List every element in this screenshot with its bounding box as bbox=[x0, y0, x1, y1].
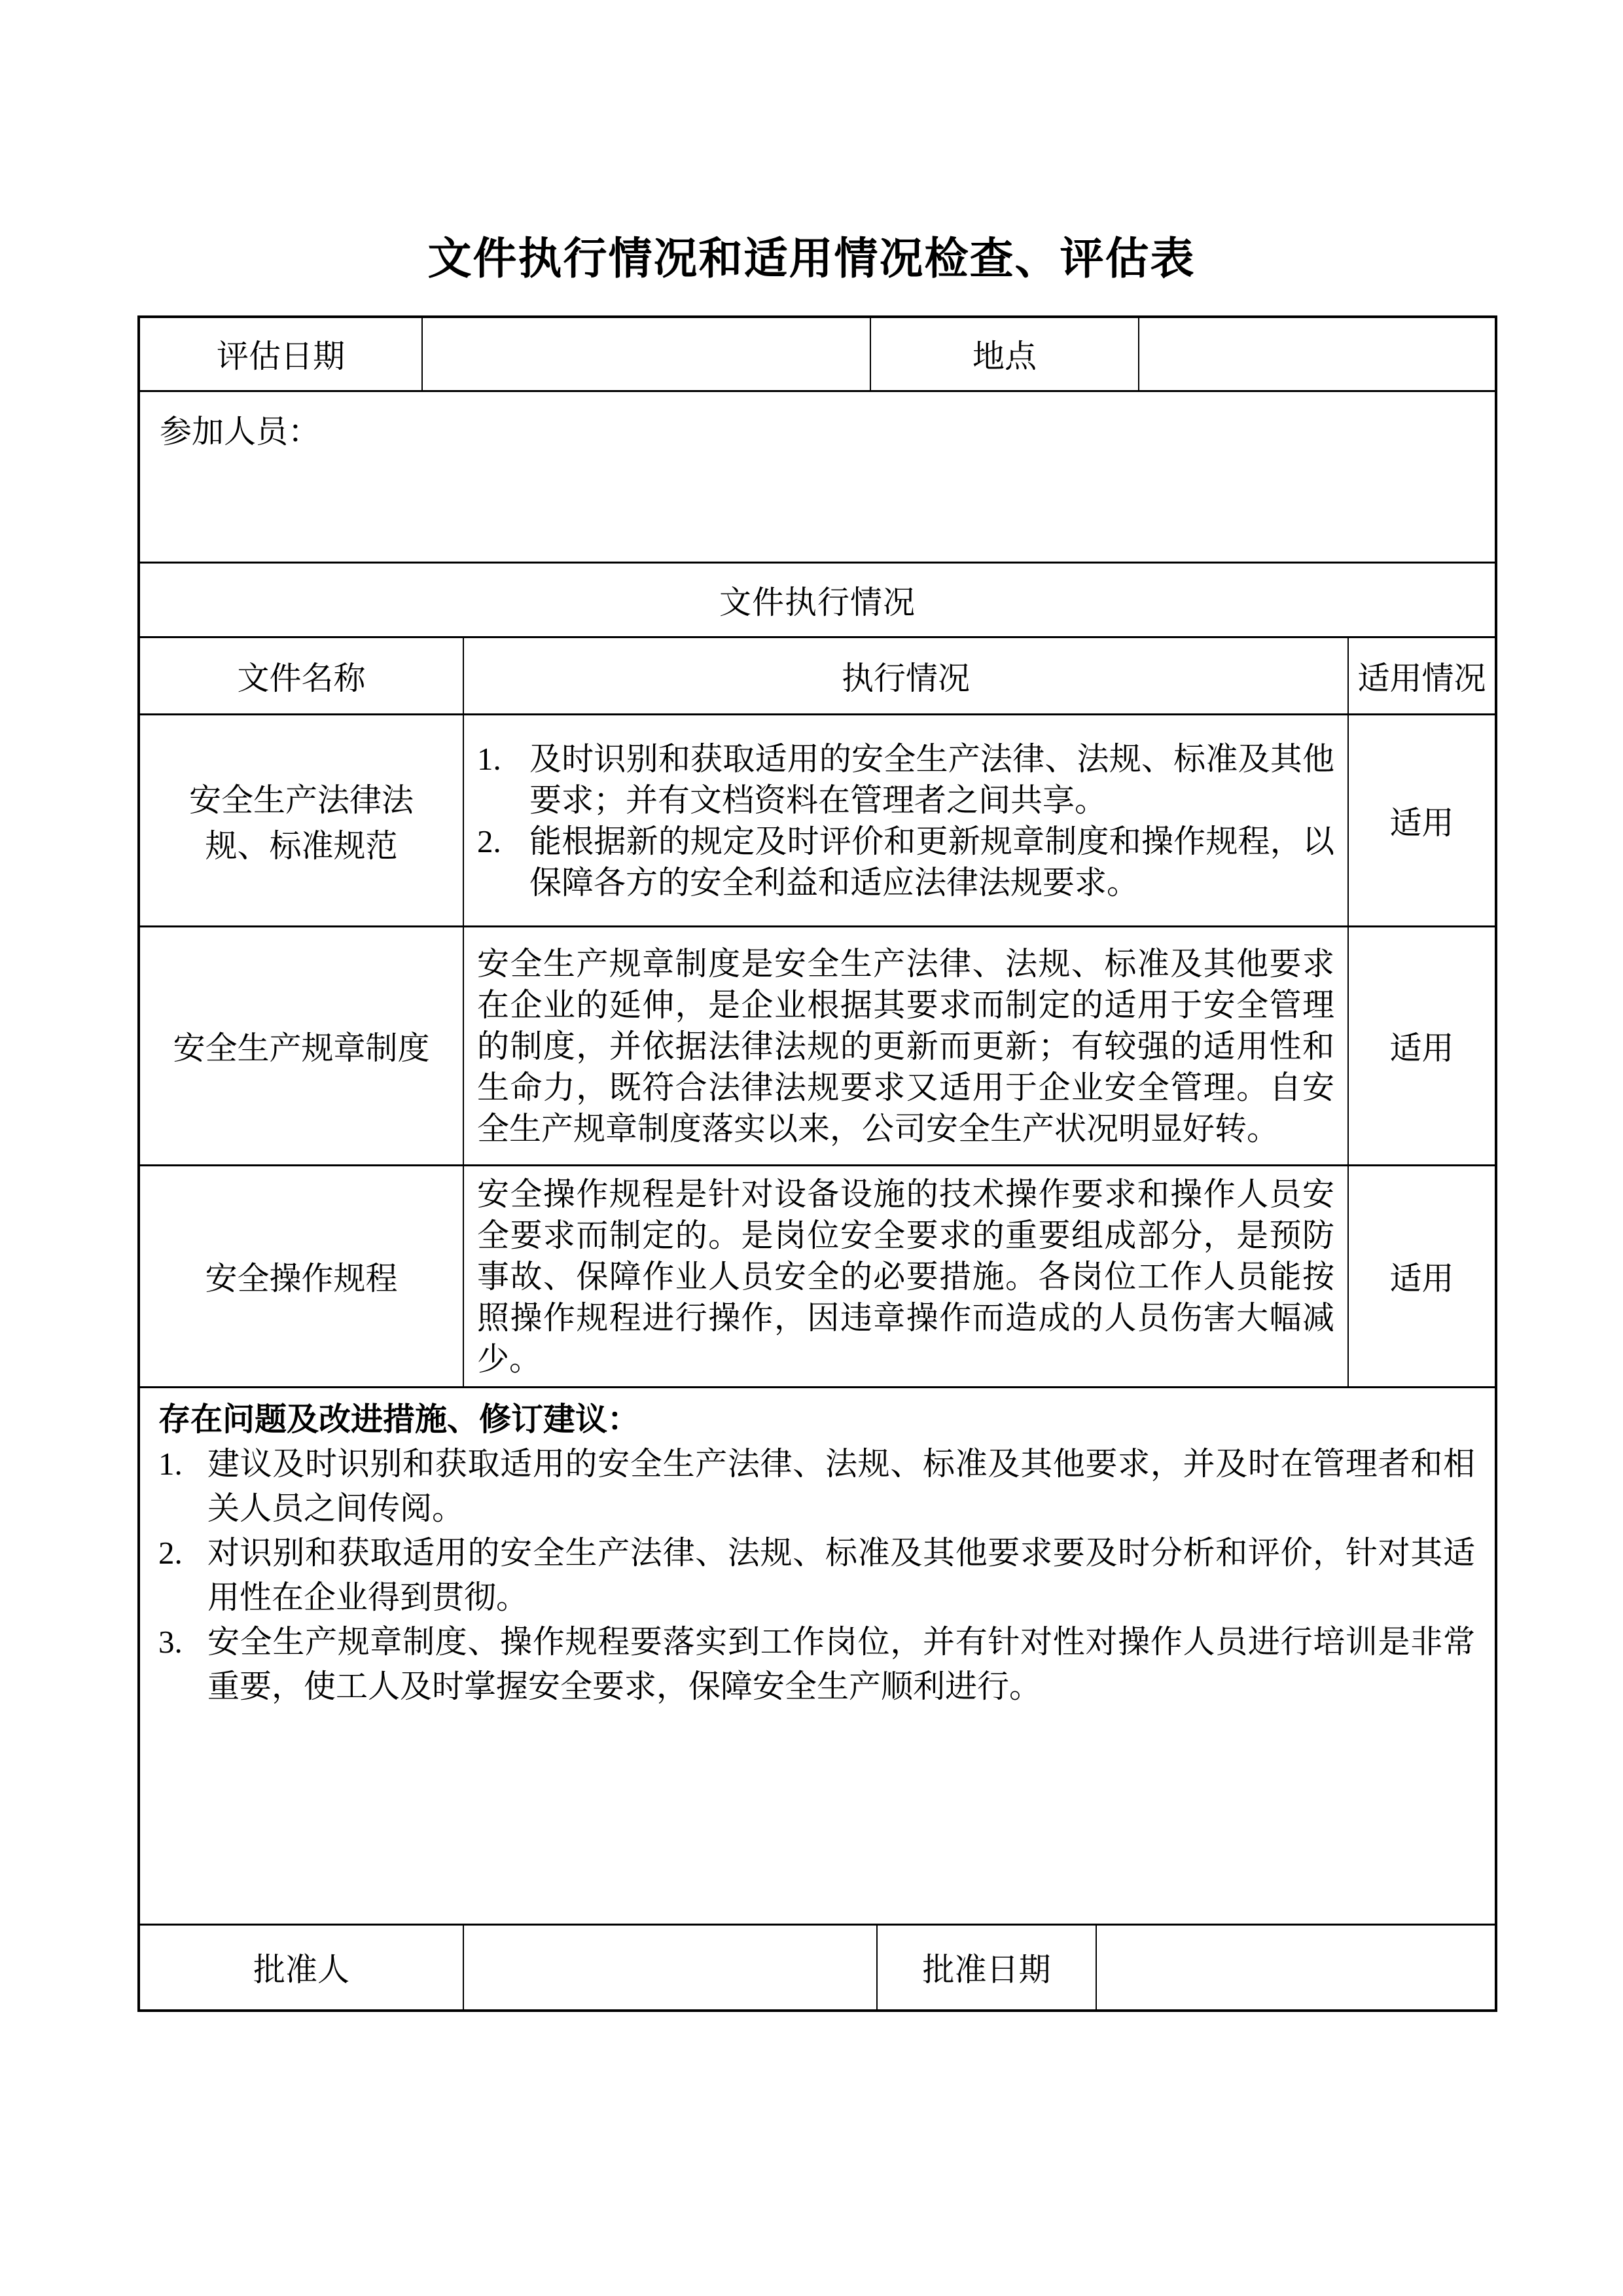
location-field[interactable] bbox=[1138, 318, 1495, 390]
column-header-row: 文件名称 执行情况 适用情况 bbox=[140, 636, 1495, 713]
doc-name: 安全生产法律法规、标准规范 bbox=[140, 715, 463, 925]
doc-execution: 安全生产规章制度是安全生产法律、法规、标准及其他要求在企业的延伸，是企业根据其要… bbox=[463, 927, 1347, 1164]
approve-date-label: 批准日期 bbox=[876, 1926, 1096, 2009]
list-item: 1. 建议及时识别和获取适用的安全生产法律、法规、标准及其他要求，并及时在管理者… bbox=[158, 1442, 1475, 1531]
doc-name: 安全操作规程 bbox=[140, 1166, 463, 1386]
participants-field[interactable]: 参加人员： bbox=[140, 392, 1495, 562]
approval-row: 批准人 批准日期 bbox=[140, 1924, 1495, 2009]
list-item-text: 对识别和获取适用的安全生产法律、法规、标准及其他要求要及时分析和评价，针对其适用… bbox=[207, 1531, 1475, 1620]
issues-list: 1. 建议及时识别和获取适用的安全生产法律、法规、标准及其他要求，并及时在管理者… bbox=[158, 1442, 1475, 1709]
list-item: 3. 安全生产规章制度、操作规程要落实到工作岗位，并有针对性对操作人员进行培训是… bbox=[158, 1620, 1475, 1709]
eval-date-field[interactable] bbox=[421, 318, 870, 390]
applicability-value: 适用 bbox=[1347, 1166, 1495, 1386]
approver-field[interactable] bbox=[463, 1926, 876, 2009]
list-item-number: 1. bbox=[158, 1442, 207, 1486]
approver-label: 批准人 bbox=[140, 1926, 463, 2009]
execution-text: 安全生产规章制度是安全生产法律、法规、标准及其他要求在企业的延伸，是企业根据其要… bbox=[477, 943, 1334, 1149]
table-row: 安全生产规章制度 安全生产规章制度是安全生产法律、法规、标准及其他要求在企业的延… bbox=[140, 925, 1495, 1164]
column-header-applicability: 适用情况 bbox=[1347, 638, 1495, 713]
evaluation-table: 评估日期 地点 参加人员： 文件执行情况 文件名称 执行情况 适用情况 安全生产… bbox=[137, 315, 1497, 2012]
list-item-text: 能根据新的规定及时评价和更新规章制度和操作规程，以保障各方的安全利益和适应法律法… bbox=[529, 821, 1334, 903]
list-item-text: 建议及时识别和获取适用的安全生产法律、法规、标准及其他要求，并及时在管理者和相关… bbox=[207, 1442, 1475, 1531]
issues-heading: 存在问题及改进措施、修订建议： bbox=[158, 1397, 1475, 1442]
section-title: 文件执行情况 bbox=[140, 564, 1495, 636]
list-item: 2. 能根据新的规定及时评价和更新规章制度和操作规程，以保障各方的安全利益和适应… bbox=[477, 821, 1334, 903]
doc-execution: 1. 及时识别和获取适用的安全生产法律、法规、标准及其他要求；并有文档资料在管理… bbox=[463, 715, 1347, 925]
participants-label: 参加人员： bbox=[160, 406, 320, 452]
list-item-text: 安全生产规章制度、操作规程要落实到工作岗位，并有针对性对操作人员进行培训是非常重… bbox=[207, 1620, 1475, 1709]
document-page: 文件执行情况和适用情况检查、评估表 评估日期 地点 参加人员： 文件执行情况 文… bbox=[0, 0, 1623, 2296]
issues-row: 存在问题及改进措施、修订建议： 1. 建议及时识别和获取适用的安全生产法律、法规… bbox=[140, 1386, 1495, 1924]
doc-execution: 安全操作规程是针对设备设施的技术操作要求和操作人员安全要求而制定的。是岗位安全要… bbox=[463, 1166, 1347, 1386]
column-header-execution: 执行情况 bbox=[463, 638, 1347, 713]
issues-section: 存在问题及改进措施、修订建议： 1. 建议及时识别和获取适用的安全生产法律、法规… bbox=[140, 1388, 1495, 1924]
eval-date-label: 评估日期 bbox=[140, 318, 421, 390]
location-label: 地点 bbox=[870, 318, 1138, 390]
applicability-value: 适用 bbox=[1347, 715, 1495, 925]
approve-date-field[interactable] bbox=[1096, 1926, 1495, 2009]
table-row: 安全操作规程 安全操作规程是针对设备设施的技术操作要求和操作人员安全要求而制定的… bbox=[140, 1164, 1495, 1386]
page-title: 文件执行情况和适用情况检查、评估表 bbox=[0, 224, 1623, 287]
participants-row: 参加人员： bbox=[140, 390, 1495, 562]
list-item-number: 2. bbox=[477, 821, 529, 862]
doc-name: 安全生产规章制度 bbox=[140, 927, 463, 1164]
list-item-text: 及时识别和获取适用的安全生产法律、法规、标准及其他要求；并有文档资料在管理者之间… bbox=[529, 738, 1334, 821]
list-item-number: 1. bbox=[477, 738, 529, 780]
section-title-text: 文件执行情况 bbox=[719, 577, 916, 623]
applicability-value: 适用 bbox=[1347, 927, 1495, 1164]
list-item: 1. 及时识别和获取适用的安全生产法律、法规、标准及其他要求；并有文档资料在管理… bbox=[477, 738, 1334, 821]
execution-text: 安全操作规程是针对设备设施的技术操作要求和操作人员安全要求而制定的。是岗位安全要… bbox=[477, 1174, 1334, 1380]
list-item-number: 3. bbox=[158, 1620, 207, 1664]
list-item-number: 2. bbox=[158, 1531, 207, 1575]
table-row: 安全生产法律法规、标准规范 1. 及时识别和获取适用的安全生产法律、法规、标准及… bbox=[140, 713, 1495, 925]
info-row: 评估日期 地点 bbox=[140, 318, 1495, 390]
column-header-name: 文件名称 bbox=[140, 638, 463, 713]
section-header-row: 文件执行情况 bbox=[140, 562, 1495, 636]
list-item: 2. 对识别和获取适用的安全生产法律、法规、标准及其他要求要及时分析和评价，针对… bbox=[158, 1531, 1475, 1620]
